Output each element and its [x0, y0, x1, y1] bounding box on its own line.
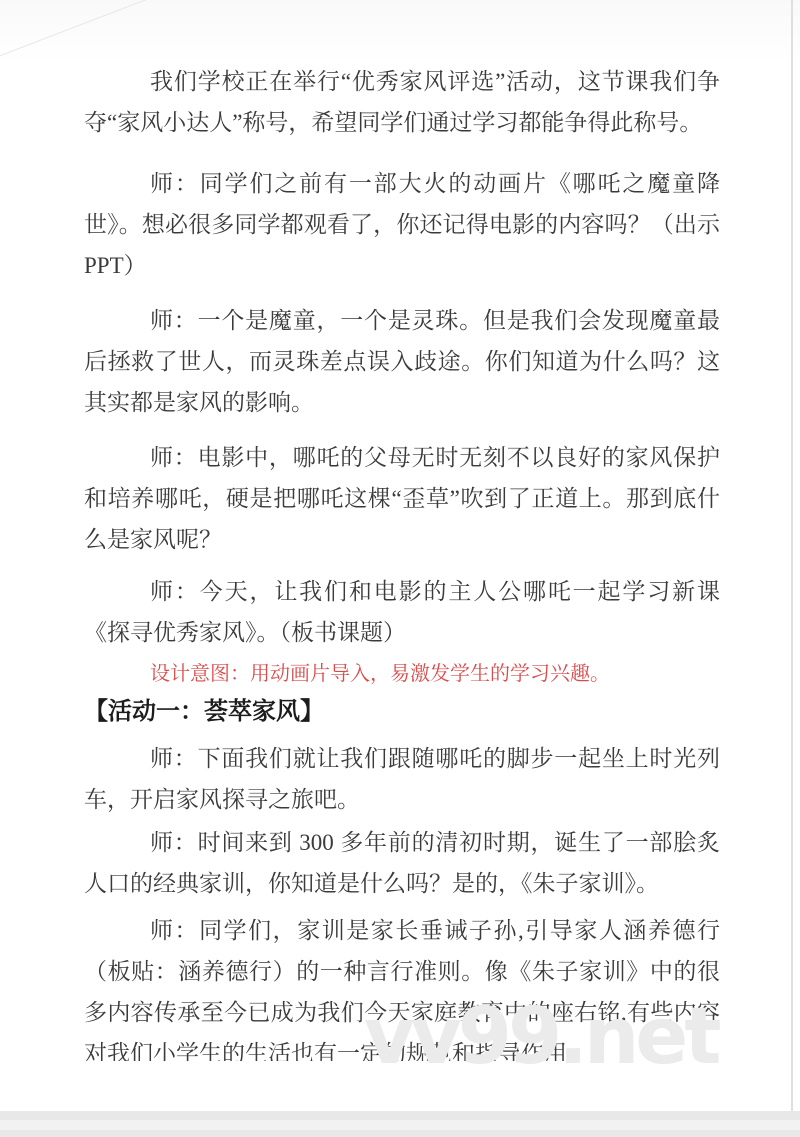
paragraph: 师：时间来到 300 多年前的清初时期，诞生了一部脍炙人口的经典家训，你知道是什… — [84, 822, 720, 904]
design-intent-note: 设计意图：用动画片导入，易激发学生的学习兴趣。 — [84, 661, 720, 687]
page-right-edge-line — [791, 0, 793, 1111]
watermark: vv99.net — [364, 998, 718, 1076]
paragraph: 师：电影中，哪吒的父母无时无刻不以良好的家风保护和培养哪吒，硬是把哪吒这棵“歪草… — [84, 437, 720, 560]
paragraph: 师：下面我们就让我们跟随哪吒的脚步一起坐上时光列车，开启家风探寻之旅吧。 — [84, 738, 720, 820]
activity-heading: 【活动一：荟萃家风】 — [84, 694, 720, 730]
paragraph: 师：同学们之前有一部大火的动画片《哪吒之魔童降世》。想必很多同学都观看了，你还记… — [84, 163, 720, 286]
paragraph: 师：一个是魔童，一个是灵珠。但是我们会发现魔童最后拯救了世人，而灵珠差点误入歧途… — [84, 300, 720, 423]
document-page: 我们学校正在举行“优秀家风评选”活动，这节课我们争夺“家风小达人”称号，希望同学… — [0, 0, 800, 1137]
bottom-page-boundary — [0, 1111, 800, 1137]
document-content: 我们学校正在举行“优秀家风评选”活动，这节课我们争夺“家风小达人”称号，希望同学… — [84, 0, 720, 1061]
paragraph: 我们学校正在举行“优秀家风评选”活动，这节课我们争夺“家风小达人”称号，希望同学… — [84, 61, 720, 143]
paragraph: 师：今天，让我们和电影的主人公哪吒一起学习新课《探寻优秀家风》。（板书课题） — [84, 571, 720, 653]
